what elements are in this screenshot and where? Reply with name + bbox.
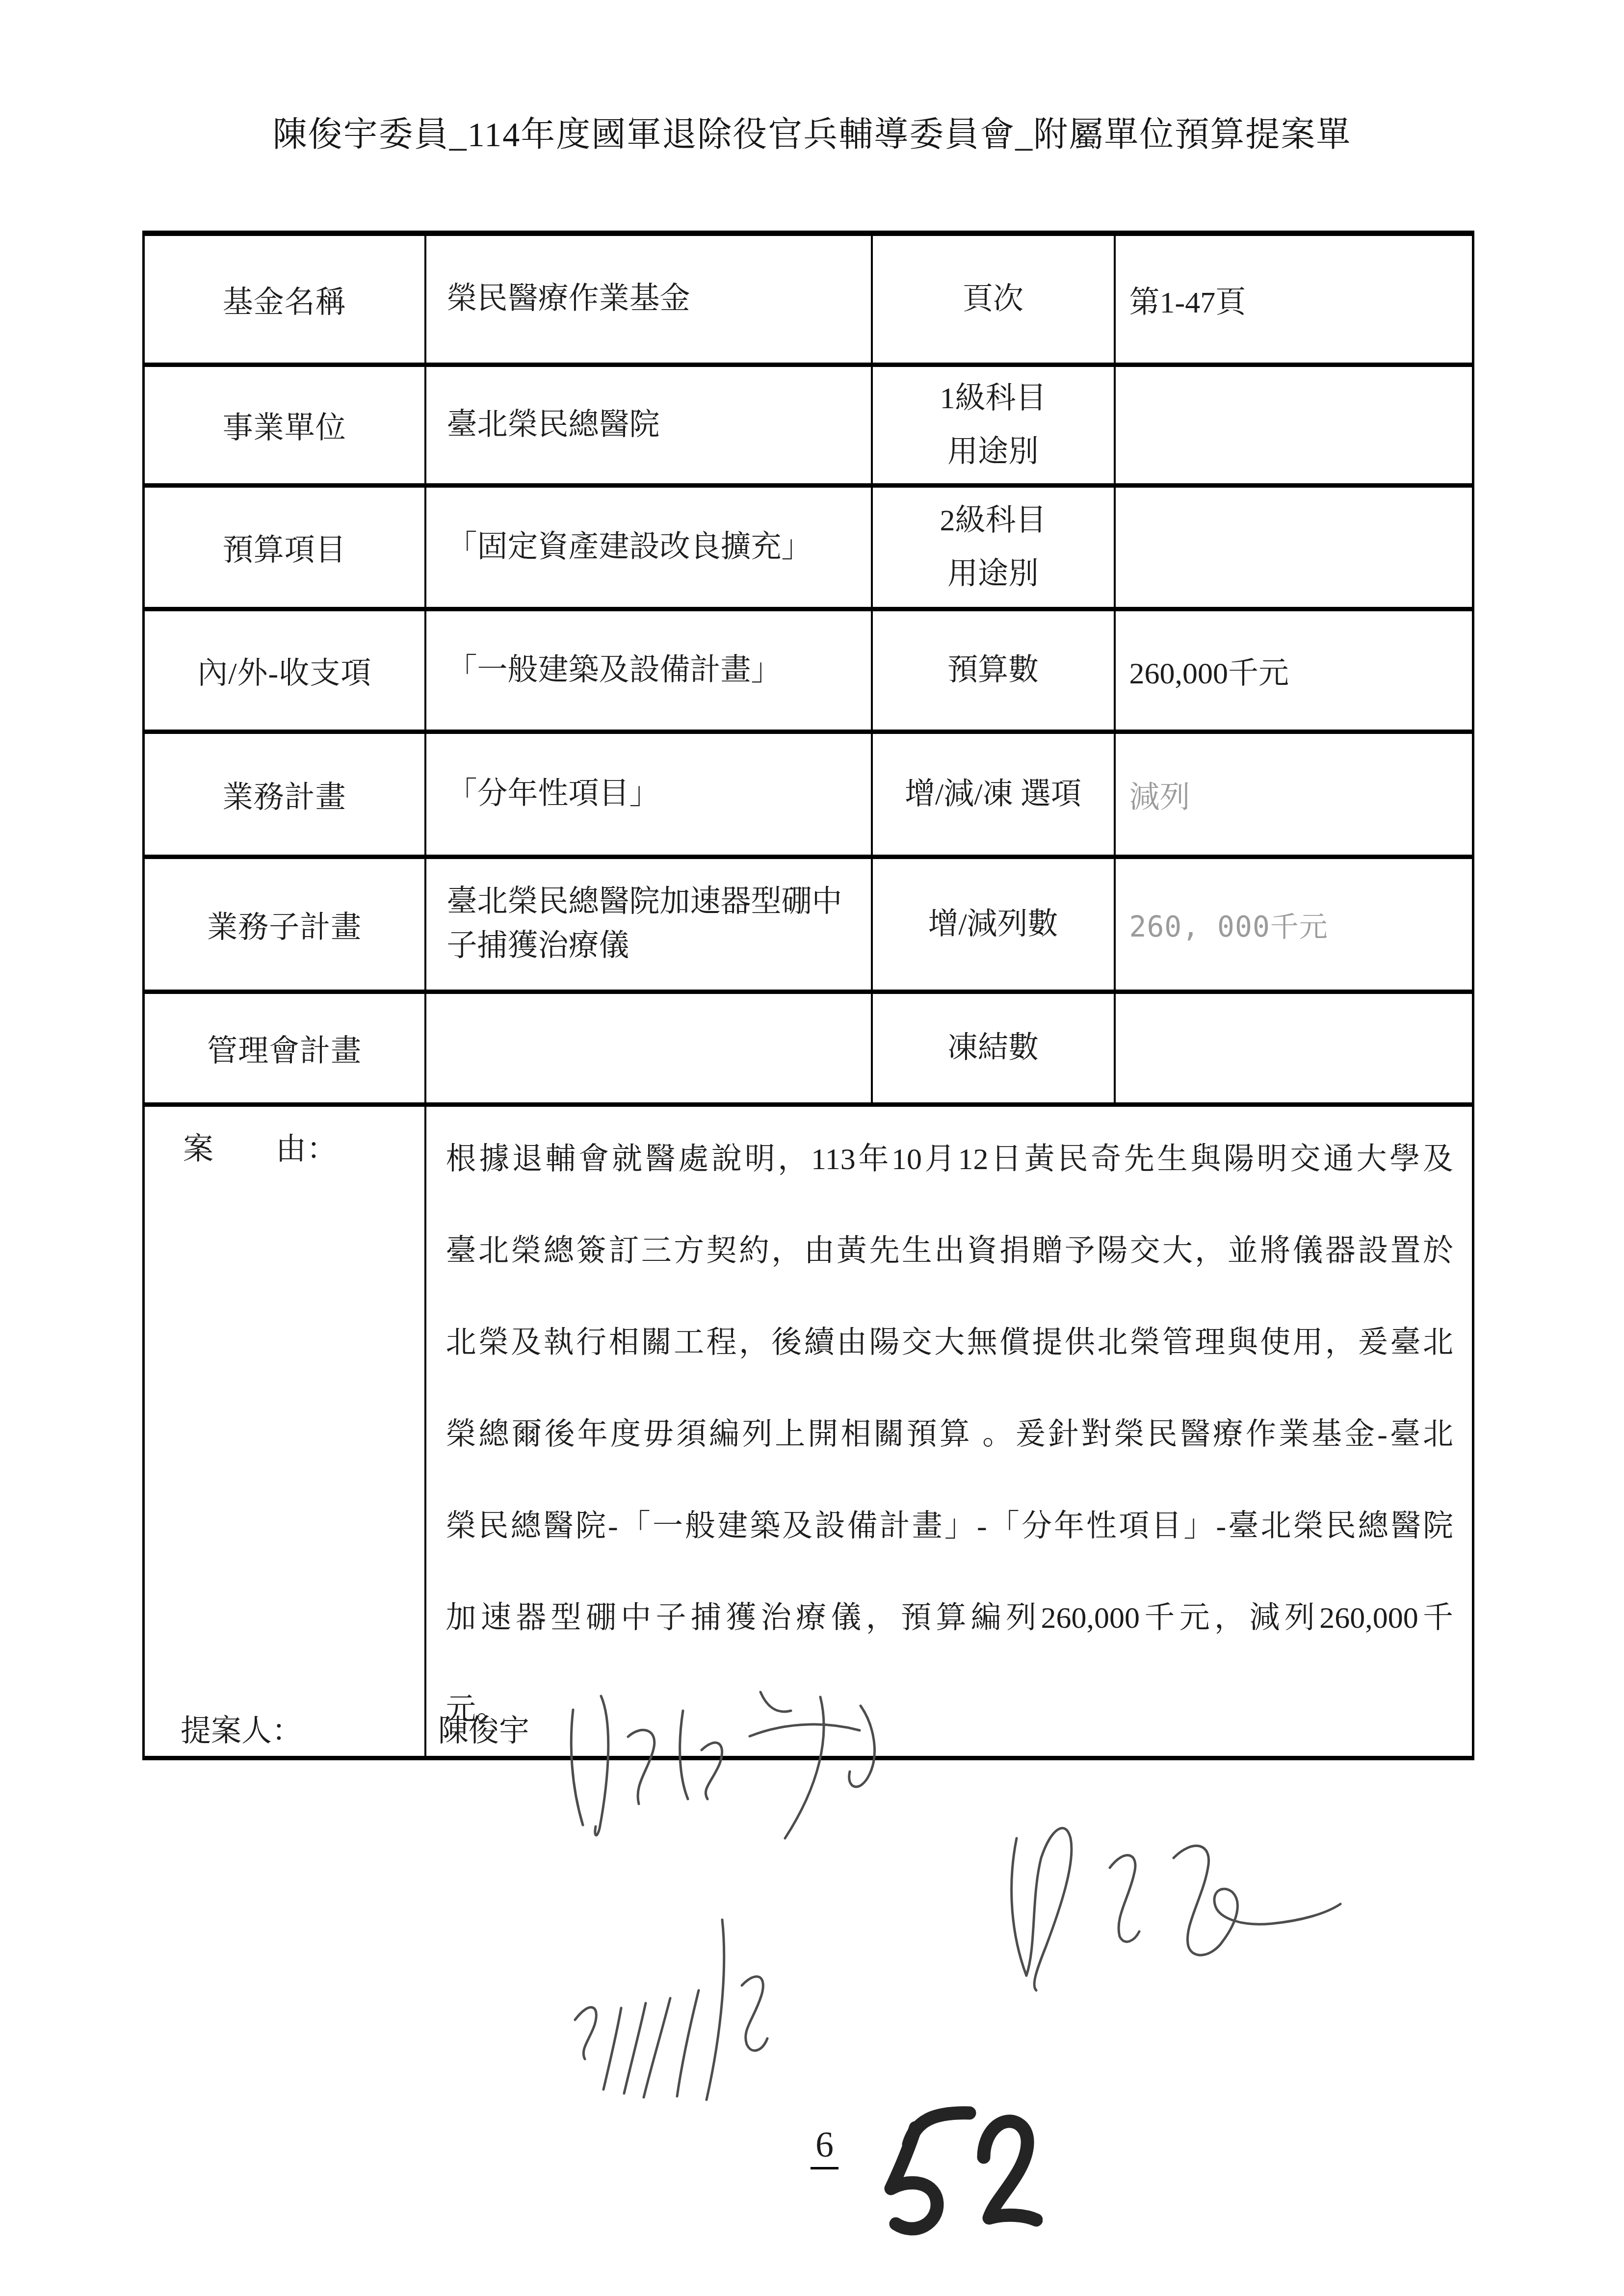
- proposer-label: 提案人：: [181, 1706, 302, 1750]
- field-label-line: 頁次: [873, 273, 1114, 326]
- business-plan-label: 業務計畫: [144, 732, 425, 857]
- frozen-amount-value: [1115, 992, 1473, 1105]
- management-plan-label: 管理會計畫: [144, 992, 425, 1105]
- level2-subject-label: 2級科目 用途別: [872, 486, 1115, 609]
- table-row: 基金名稱 榮民醫療作業基金 頁次 第1-47頁: [144, 234, 1473, 365]
- frozen-amount-label: 凍結數: [872, 992, 1115, 1105]
- case-line: 榮總爾後年度毋須編列上開相關預算 。爰針對榮民醫療作業基金-臺北: [446, 1389, 1454, 1481]
- business-subplan-value: 臺北榮民總醫院加速器型硼中子捕獲治療儀: [425, 857, 872, 992]
- field-label-line: 2級科目: [873, 494, 1114, 548]
- case-line: 榮民總醫院-「一般建築及設備計畫」-「分年性項目」-臺北榮民總醫院: [446, 1481, 1454, 1572]
- table-row-case: 案 由： 根據退輔會就醫處說明，113年10月12日黃民奇先生與陽明交通大學及 …: [144, 1105, 1473, 1758]
- management-plan-value: [425, 992, 872, 1105]
- case-reason-text: 根據退輔會就醫處說明，113年10月12日黃民奇先生與陽明交通大學及 臺北榮總簽…: [425, 1105, 1473, 1758]
- table-row: 業務子計畫 臺北榮民總醫院加速器型硼中子捕獲治療儀 增/減列數 260, 000…: [144, 857, 1473, 992]
- field-label-line: 預算數: [873, 644, 1114, 697]
- budget-item-value: 「固定資產建設改良擴充」: [425, 486, 872, 609]
- table-row: 業務計畫 「分年性項目」 增/減/凍 選項 減列: [144, 732, 1473, 857]
- field-label-line: 用途別: [873, 548, 1114, 601]
- fund-name-value: 榮民醫療作業基金: [425, 234, 872, 365]
- case-line: 臺北榮總簽訂三方契約，由黃先生出資捐贈予陽交大，並將儀器設置於: [446, 1205, 1454, 1297]
- fund-name-label: 基金名稱: [144, 234, 425, 365]
- budget-item-label: 預算項目: [144, 486, 425, 609]
- field-label-line: 用途別: [873, 425, 1114, 479]
- level1-subject-label: 1級科目 用途別: [872, 365, 1115, 486]
- table-row: 內/外-收支項 「一般建築及設備計畫」 預算數 260,000千元: [144, 609, 1473, 732]
- field-label-line: 增/減列數: [873, 898, 1114, 951]
- adjust-amount-value: 260, 000千元: [1115, 857, 1473, 992]
- field-label-line: 1級科目: [873, 372, 1114, 425]
- adjust-option-label: 增/減/凍 選項: [872, 732, 1115, 857]
- cosigner-signature-1: [559, 1891, 898, 2107]
- level1-subject-value: [1115, 365, 1473, 486]
- case-reason-label: 案 由：: [144, 1105, 425, 1758]
- proposer-signature: [554, 1675, 898, 1847]
- adjust-option-value: 減列: [1115, 732, 1473, 857]
- page-number: 6: [811, 2124, 838, 2169]
- cosigner-signature-2: [986, 1798, 1364, 2009]
- business-plan-value: 「分年性項目」: [425, 732, 872, 857]
- page-range-value: 第1-47頁: [1115, 234, 1473, 365]
- case-line: 根據退輔會就醫處說明，113年10月12日黃民奇先生與陽明交通大學及: [446, 1114, 1454, 1205]
- adjust-amount-label: 增/減列數: [872, 857, 1115, 992]
- in-out-item-value: 「一般建築及設備計畫」: [425, 609, 872, 732]
- handwritten-number-52: [873, 2097, 1043, 2247]
- in-out-item-label: 內/外-收支項: [144, 609, 425, 732]
- budget-amount-label: 預算數: [872, 609, 1115, 732]
- business-subplan-label: 業務子計畫: [144, 857, 425, 992]
- case-line: 加速器型硼中子捕獲治療儀，預算編列260,000千元，減列260,000千: [446, 1572, 1454, 1664]
- table-row: 管理會計畫 凍結數: [144, 992, 1473, 1105]
- proposer-name: 陳俊宇: [438, 1706, 529, 1750]
- level2-subject-value: [1115, 486, 1473, 609]
- budget-amount-value: 260,000千元: [1115, 609, 1473, 732]
- document-page: { "title": "陳俊宇委員_114年度國軍退除役官兵輔導委員會_附屬單位…: [0, 0, 1624, 2296]
- budget-proposal-table: 基金名稱 榮民醫療作業基金 頁次 第1-47頁 事業單位 臺北榮民總醫院 1級科…: [142, 231, 1474, 1760]
- business-unit-label: 事業單位: [144, 365, 425, 486]
- page-range-label: 頁次: [872, 234, 1115, 365]
- page-title: 陳俊宇委員_114年度國軍退除役官兵輔導委員會_附屬單位預算提案單: [0, 107, 1624, 157]
- field-label-line: 凍結數: [873, 1021, 1114, 1075]
- table-row: 預算項目 「固定資產建設改良擴充」 2級科目 用途別: [144, 486, 1473, 609]
- case-line: 北榮及執行相關工程，後續由陽交大無償提供北榮管理與使用，爰臺北: [446, 1297, 1454, 1389]
- table-row: 事業單位 臺北榮民總醫院 1級科目 用途別: [144, 365, 1473, 486]
- business-unit-value: 臺北榮民總醫院: [425, 365, 872, 486]
- field-label-line: 增/減/凍 選項: [873, 768, 1114, 821]
